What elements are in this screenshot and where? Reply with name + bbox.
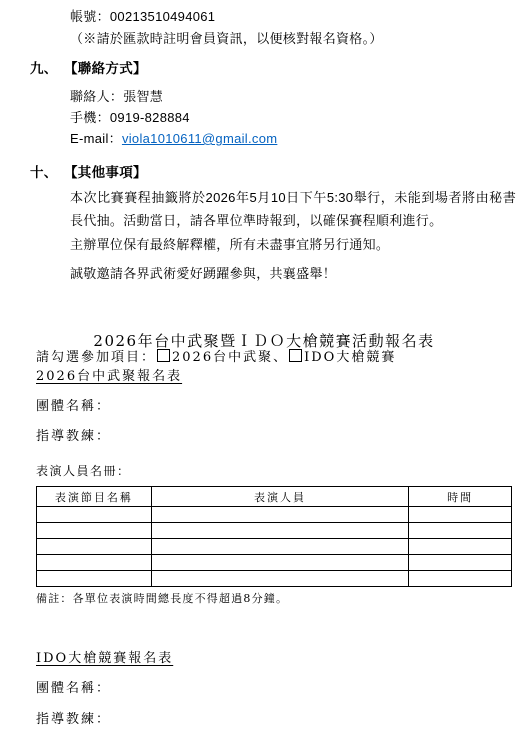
wuju-form-subtitle: 2026台中武聚報名表 bbox=[36, 368, 182, 385]
checkbox-ido-label: IDO大槍競賽 bbox=[304, 350, 396, 365]
cell-time[interactable] bbox=[409, 571, 512, 587]
coach-label: 指導教練： bbox=[36, 428, 111, 445]
checkbox-wuju-icon[interactable] bbox=[157, 349, 170, 362]
cell-program[interactable] bbox=[37, 539, 152, 555]
document-page: 帳號：00213510494061 （※請於匯款時註明會員資訊，以便核對報名資格… bbox=[0, 0, 528, 756]
group-name-label: 團體名稱： bbox=[36, 398, 111, 415]
roster-remark: 備註：各單位表演時間總長度不得超過8分鐘。 bbox=[36, 590, 288, 606]
cell-performers[interactable] bbox=[151, 523, 408, 539]
remittance-note: （※請於匯款時註明會員資訊，以便核對報名資格。） bbox=[70, 30, 383, 48]
cell-performers[interactable] bbox=[151, 539, 408, 555]
cell-program[interactable] bbox=[37, 571, 152, 587]
cell-time[interactable] bbox=[409, 523, 512, 539]
checkbox-wuju-label: 2026台中武聚 bbox=[172, 350, 273, 365]
email-link[interactable]: viola1010611@gmail.com bbox=[122, 131, 277, 146]
cell-program[interactable] bbox=[37, 507, 152, 523]
checkbox-prompt-line: 請勾選參加項目：2026台中武聚、IDO大槍競賽 bbox=[36, 349, 396, 366]
cell-program[interactable] bbox=[37, 523, 152, 539]
coach-label: 指導教練： bbox=[36, 711, 111, 728]
phone-line: 手機：0919-828884 bbox=[70, 109, 190, 127]
table-row bbox=[37, 555, 512, 571]
col-header-program-name: 表演節目名稱 bbox=[37, 487, 152, 507]
cell-performers[interactable] bbox=[151, 507, 408, 523]
section-number: 十、 bbox=[30, 164, 64, 182]
cell-time[interactable] bbox=[409, 539, 512, 555]
registration-form-title: 2026年台中武聚暨ＩＤＯ大槍競賽活動報名表 bbox=[0, 330, 528, 351]
checkbox-ido-icon[interactable] bbox=[289, 349, 302, 362]
table-header-row: 表演節目名稱 表演人員 時間 bbox=[37, 487, 512, 507]
section-number: 九、 bbox=[30, 60, 64, 78]
account-number-line: 帳號：00213510494061 bbox=[70, 8, 215, 26]
ido-form-subtitle: IDO大槍競賽報名表 bbox=[36, 650, 173, 667]
col-header-performers: 表演人員 bbox=[151, 487, 408, 507]
option-separator: 、 bbox=[273, 350, 288, 365]
cell-program[interactable] bbox=[37, 555, 152, 571]
table-row bbox=[37, 539, 512, 555]
invitation-paragraph: 誠敬邀請各界武術愛好踴躍參與，共襄盛舉！ bbox=[70, 265, 336, 283]
email-label: E-mail： bbox=[70, 131, 122, 146]
draw-schedule-paragraph: 本次比賽賽程抽籤將於2026年5月10日下午5:30舉行，未能到場者將由秘書長代… bbox=[70, 186, 516, 232]
table-row bbox=[37, 507, 512, 523]
cell-performers[interactable] bbox=[151, 555, 408, 571]
cell-time[interactable] bbox=[409, 555, 512, 571]
contact-person-line: 聯絡人：張智慧 bbox=[70, 88, 163, 106]
group-name-label: 團體名稱： bbox=[36, 680, 111, 697]
section-title: 【聯絡方式】 bbox=[64, 60, 147, 78]
table-row bbox=[37, 571, 512, 587]
roster-label: 表演人員名冊： bbox=[36, 462, 131, 479]
other-section-heading: 十、 【其他事項】 bbox=[30, 164, 147, 182]
cell-time[interactable] bbox=[409, 507, 512, 523]
cell-performers[interactable] bbox=[151, 571, 408, 587]
col-header-time: 時間 bbox=[409, 487, 512, 507]
contact-section-heading: 九、 【聯絡方式】 bbox=[30, 60, 147, 78]
checkbox-prompt-label: 請勾選參加項目： bbox=[36, 350, 156, 365]
section-title: 【其他事項】 bbox=[64, 164, 147, 182]
rights-paragraph: 主辦單位保有最終解釋權，所有未盡事宜將另行通知。 bbox=[70, 236, 389, 254]
email-line: E-mail：viola1010611@gmail.com bbox=[70, 130, 277, 148]
table-row bbox=[37, 523, 512, 539]
performance-roster-table: 表演節目名稱 表演人員 時間 bbox=[36, 486, 512, 587]
